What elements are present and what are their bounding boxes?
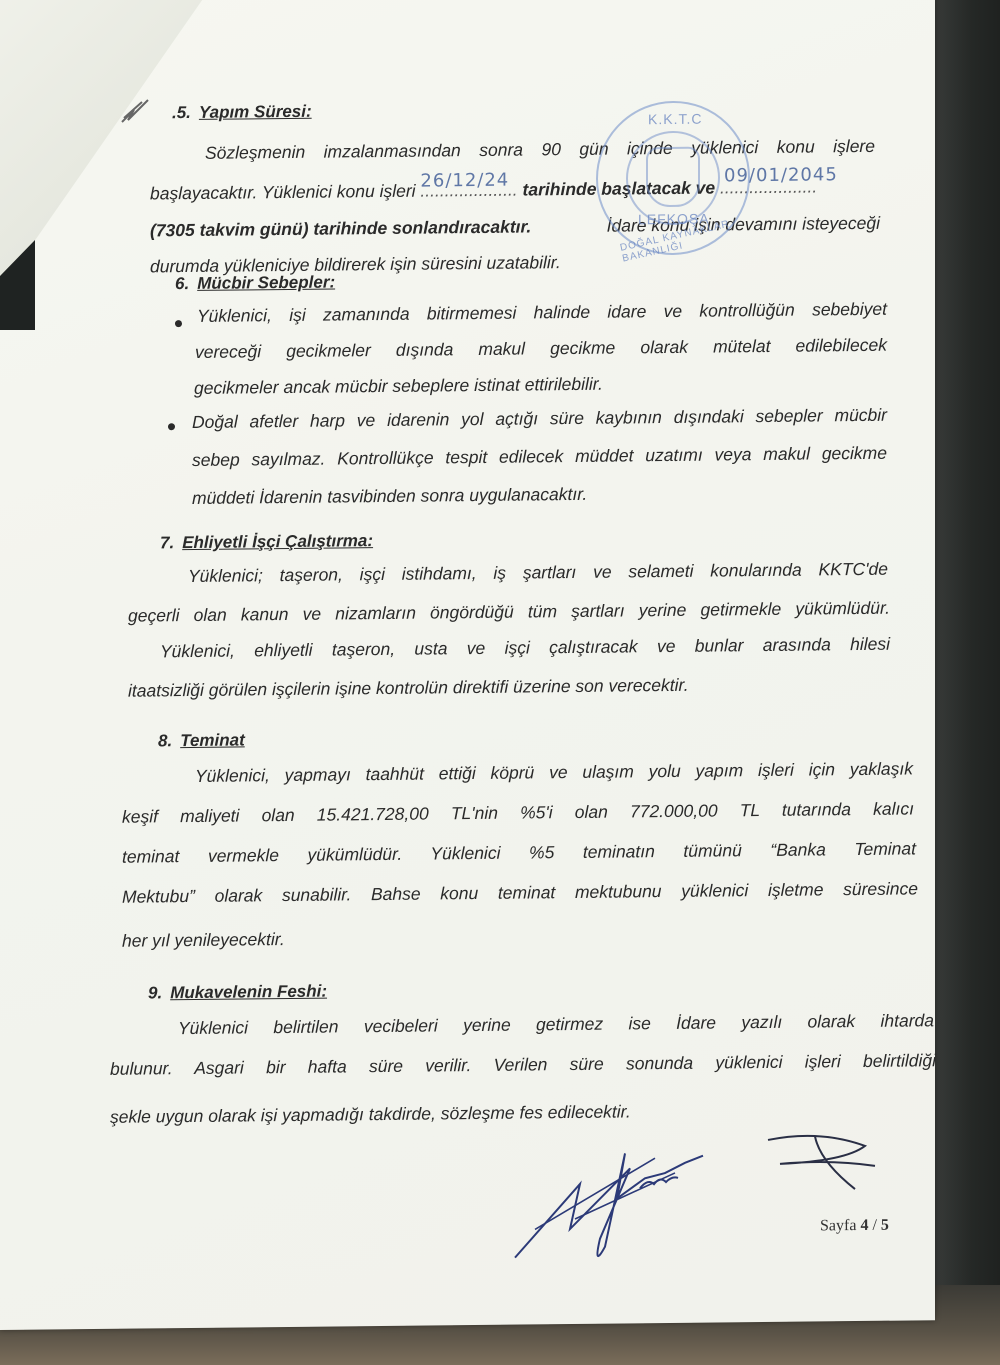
bullet-icon [175,320,182,327]
text-line: Yüklenici, yapmayı taahhüt ettiği köprü … [195,758,913,787]
section-5-heading: .5.Yapım Süresi: [172,102,312,123]
text-line: Mektubu” olarak sunabilir. Bahse konu te… [122,878,918,907]
desk-background-right [930,0,1000,1365]
section-number: 8. [158,731,172,750]
text-line: Doğal afetler harp ve idarenin yol açtığ… [192,405,887,433]
section-title: Ehliyetli İşçi Çalıştırma: [182,531,373,552]
stamp-emblem-icon [646,147,700,208]
section-title: Mukavelenin Feshi: [170,982,327,1003]
text-line: (7305 takvim günü) tarihinde sonlandırac… [150,213,880,242]
section-title: Yapım Süresi: [199,102,312,122]
text-fragment-bold: (7305 takvim günü) tarihinde sonlandırac… [150,216,531,240]
text-line: gecikmeler ancak mücbir sebeplere istina… [194,374,603,399]
section-number: 7. [160,533,174,552]
text-line: her yıl yenileyecektir. [122,929,285,952]
section-number: 9. [148,983,162,1002]
section-7-heading: 7.Ehliyetli İşçi Çalıştırma: [160,531,373,553]
text-line: müddeti İdarenin tasvibinden sonra uygul… [192,484,587,509]
text-line: sebep sayılmaz. Kontrollükçe tespit edil… [192,443,887,471]
section-number: 6. [175,274,189,293]
text-line: Yüklenici, işi zamanında bitirmemesi hal… [197,299,887,327]
page-current: 4 [860,1217,868,1234]
text-fragment: başlayacaktır. Yüklenici konu işleri [150,181,416,204]
stamp-top-text: K.K.T.C [648,111,702,128]
text-line: şekle uygun olarak işi yapmadığı takdird… [110,1101,631,1127]
section-number: .5. [172,103,191,122]
text-line: Yüklenici, ehliyetli taşeron, usta ve iş… [160,634,890,663]
text-line: teminat vermekle yükümlüdür. Yüklenici %… [122,838,916,867]
start-date-blank: ....................26/12/24 [420,180,517,201]
document-content: .5.Yapım Süresi: Sözleşmenin imzalanması… [0,0,935,1330]
text-line: itaatsizliği görülen işçilerin işine kon… [128,675,689,702]
section-6-heading: 6.Mücbir Sebepler: [175,272,335,294]
text-line: Yüklenici; taşeron, işçi istihdamı, iş ş… [188,559,888,587]
text-line: Sözleşmenin imzalanmasından sonra 90 gün… [205,136,875,164]
section-8-heading: 8.Teminat [158,730,245,751]
text-line: geçerli olan kanun ve nizamların öngördü… [128,598,890,627]
bullet-icon [168,423,175,430]
official-stamp: K.K.T.C LEFKOŞA DOĞAL KAYNAKLAR BAKANLIĞ… [596,100,750,256]
signature-2-icon [760,1131,890,1207]
text-line: bulunur. Asgari bir hafta süre verilir. … [110,1050,936,1080]
page-total: 5 [881,1217,889,1234]
document-page: .5.Yapım Süresi: Sözleşmenin imzalanması… [0,0,935,1330]
page-label: Sayfa [820,1217,856,1234]
signature-1-icon [505,1128,715,1270]
section-title: Teminat [180,730,245,750]
pen-mark-icon [118,88,158,126]
page-number: Sayfa 4 / 5 [820,1217,889,1236]
handwritten-start-date: 26/12/24 [420,170,509,192]
text-line: Yüklenici belirtilen vecibeleri yerine g… [178,1010,934,1039]
text-line: vereceği gecikmeler dışında makul gecikm… [195,335,887,363]
page-separator: / [872,1217,876,1234]
section-title: Mücbir Sebepler: [197,272,335,292]
section-9-heading: 9.Mukavelenin Feshi: [148,982,327,1004]
text-line: keşif maliyeti olan 15.421.728,00 TL'nin… [122,798,914,827]
